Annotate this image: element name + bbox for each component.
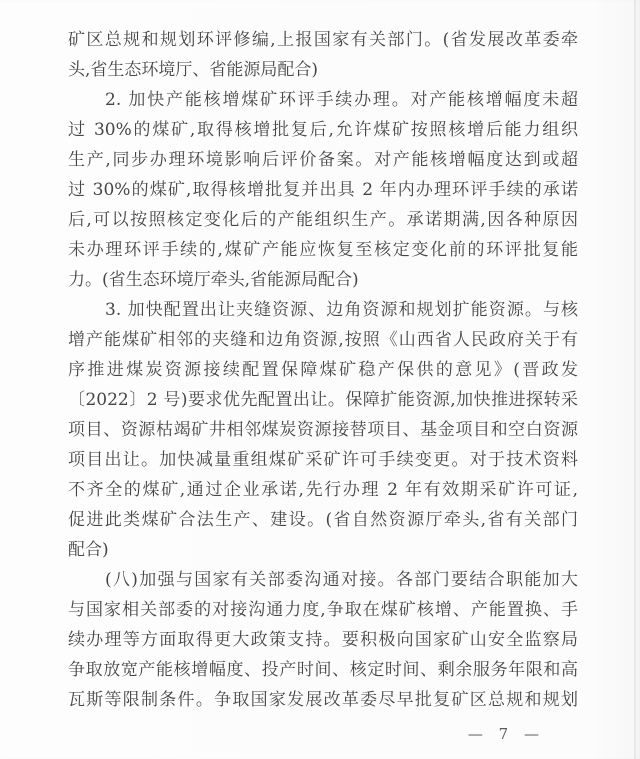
text-line: 后,可以按照核定变化后的产能组织生产。承诺期满,因各种原因: [68, 205, 578, 235]
text-line: 与国家相关部委的对接沟通力度,争取在煤矿核增、产能置换、手: [68, 595, 578, 625]
text-line: 续办理等方面取得更大政策支持。要积极向国家矿山安全监察局: [68, 625, 578, 655]
page-number: — 7 —: [468, 725, 540, 743]
text-line: 力。(省生态环境厅牵头,省能源局配合): [68, 265, 578, 295]
text-line: 3. 加快配置出让夹缝资源、边角资源和规划扩能资源。与核: [68, 295, 578, 325]
text-line: 过 30%的煤矿,取得核增批复并出具 2 年内办理环评手续的承诺: [68, 175, 578, 205]
document-body: 矿区总规和规划环评修编,上报国家有关部门。(省发展改革委牵头,省生态环境厅、省能…: [68, 25, 578, 715]
text-line: 瓦斯等限制条件。争取国家发展改革委尽早批复矿区总规和规划: [68, 685, 578, 715]
text-line: 头,省生态环境厅、省能源局配合): [68, 55, 578, 85]
text-line: 〔2022〕2 号)要求优先配置出让。保障扩能资源,加快推进探转采: [68, 385, 578, 415]
text-line: 促进此类煤矿合法生产、建设。(省自然资源厅牵头,省有关部门: [68, 505, 578, 535]
scan-edge-line: [634, 0, 636, 759]
text-line: (八)加强与国家有关部委沟通对接。各部门要结合职能加大: [68, 565, 578, 595]
text-line: 矿区总规和规划环评修编,上报国家有关部门。(省发展改革委牵: [68, 25, 578, 55]
text-line: 过 30%的煤矿,取得核增批复后,允许煤矿按照核增后能力组织: [68, 115, 578, 145]
text-line: 生产,同步办理环境影响后评价备案。对产能核增幅度达到或超: [68, 145, 578, 175]
text-line: 不齐全的煤矿,通过企业承诺,先行办理 2 年有效期采矿许可证,: [68, 475, 578, 505]
document-page: 矿区总规和规划环评修编,上报国家有关部门。(省发展改革委牵头,省生态环境厅、省能…: [0, 0, 640, 759]
text-line: 增产能煤矿相邻的夹缝和边角资源,按照《山西省人民政府关于有: [68, 325, 578, 355]
text-line: 配合): [68, 535, 578, 565]
text-line: 序推进煤炭资源接续配置保障煤矿稳产保供的意见》(晋政发: [68, 355, 578, 385]
page-footer: — 7 —: [468, 723, 540, 745]
text-line: 2. 加快产能核增煤矿环评手续办理。对产能核增幅度未超: [68, 85, 578, 115]
text-line: 未办理环评手续的,煤矿产能应恢复至核定变化前的环评批复能: [68, 235, 578, 265]
text-line: 争取放宽产能核增幅度、投产时间、核定时间、剩余服务年限和高: [68, 655, 578, 685]
text-line: 项目出让。加快减量重组煤矿采矿许可手续变更。对于技术资料: [68, 445, 578, 475]
text-line: 项目、资源枯竭矿井相邻煤炭资源接替项目、基金项目和空白资源: [68, 415, 578, 445]
